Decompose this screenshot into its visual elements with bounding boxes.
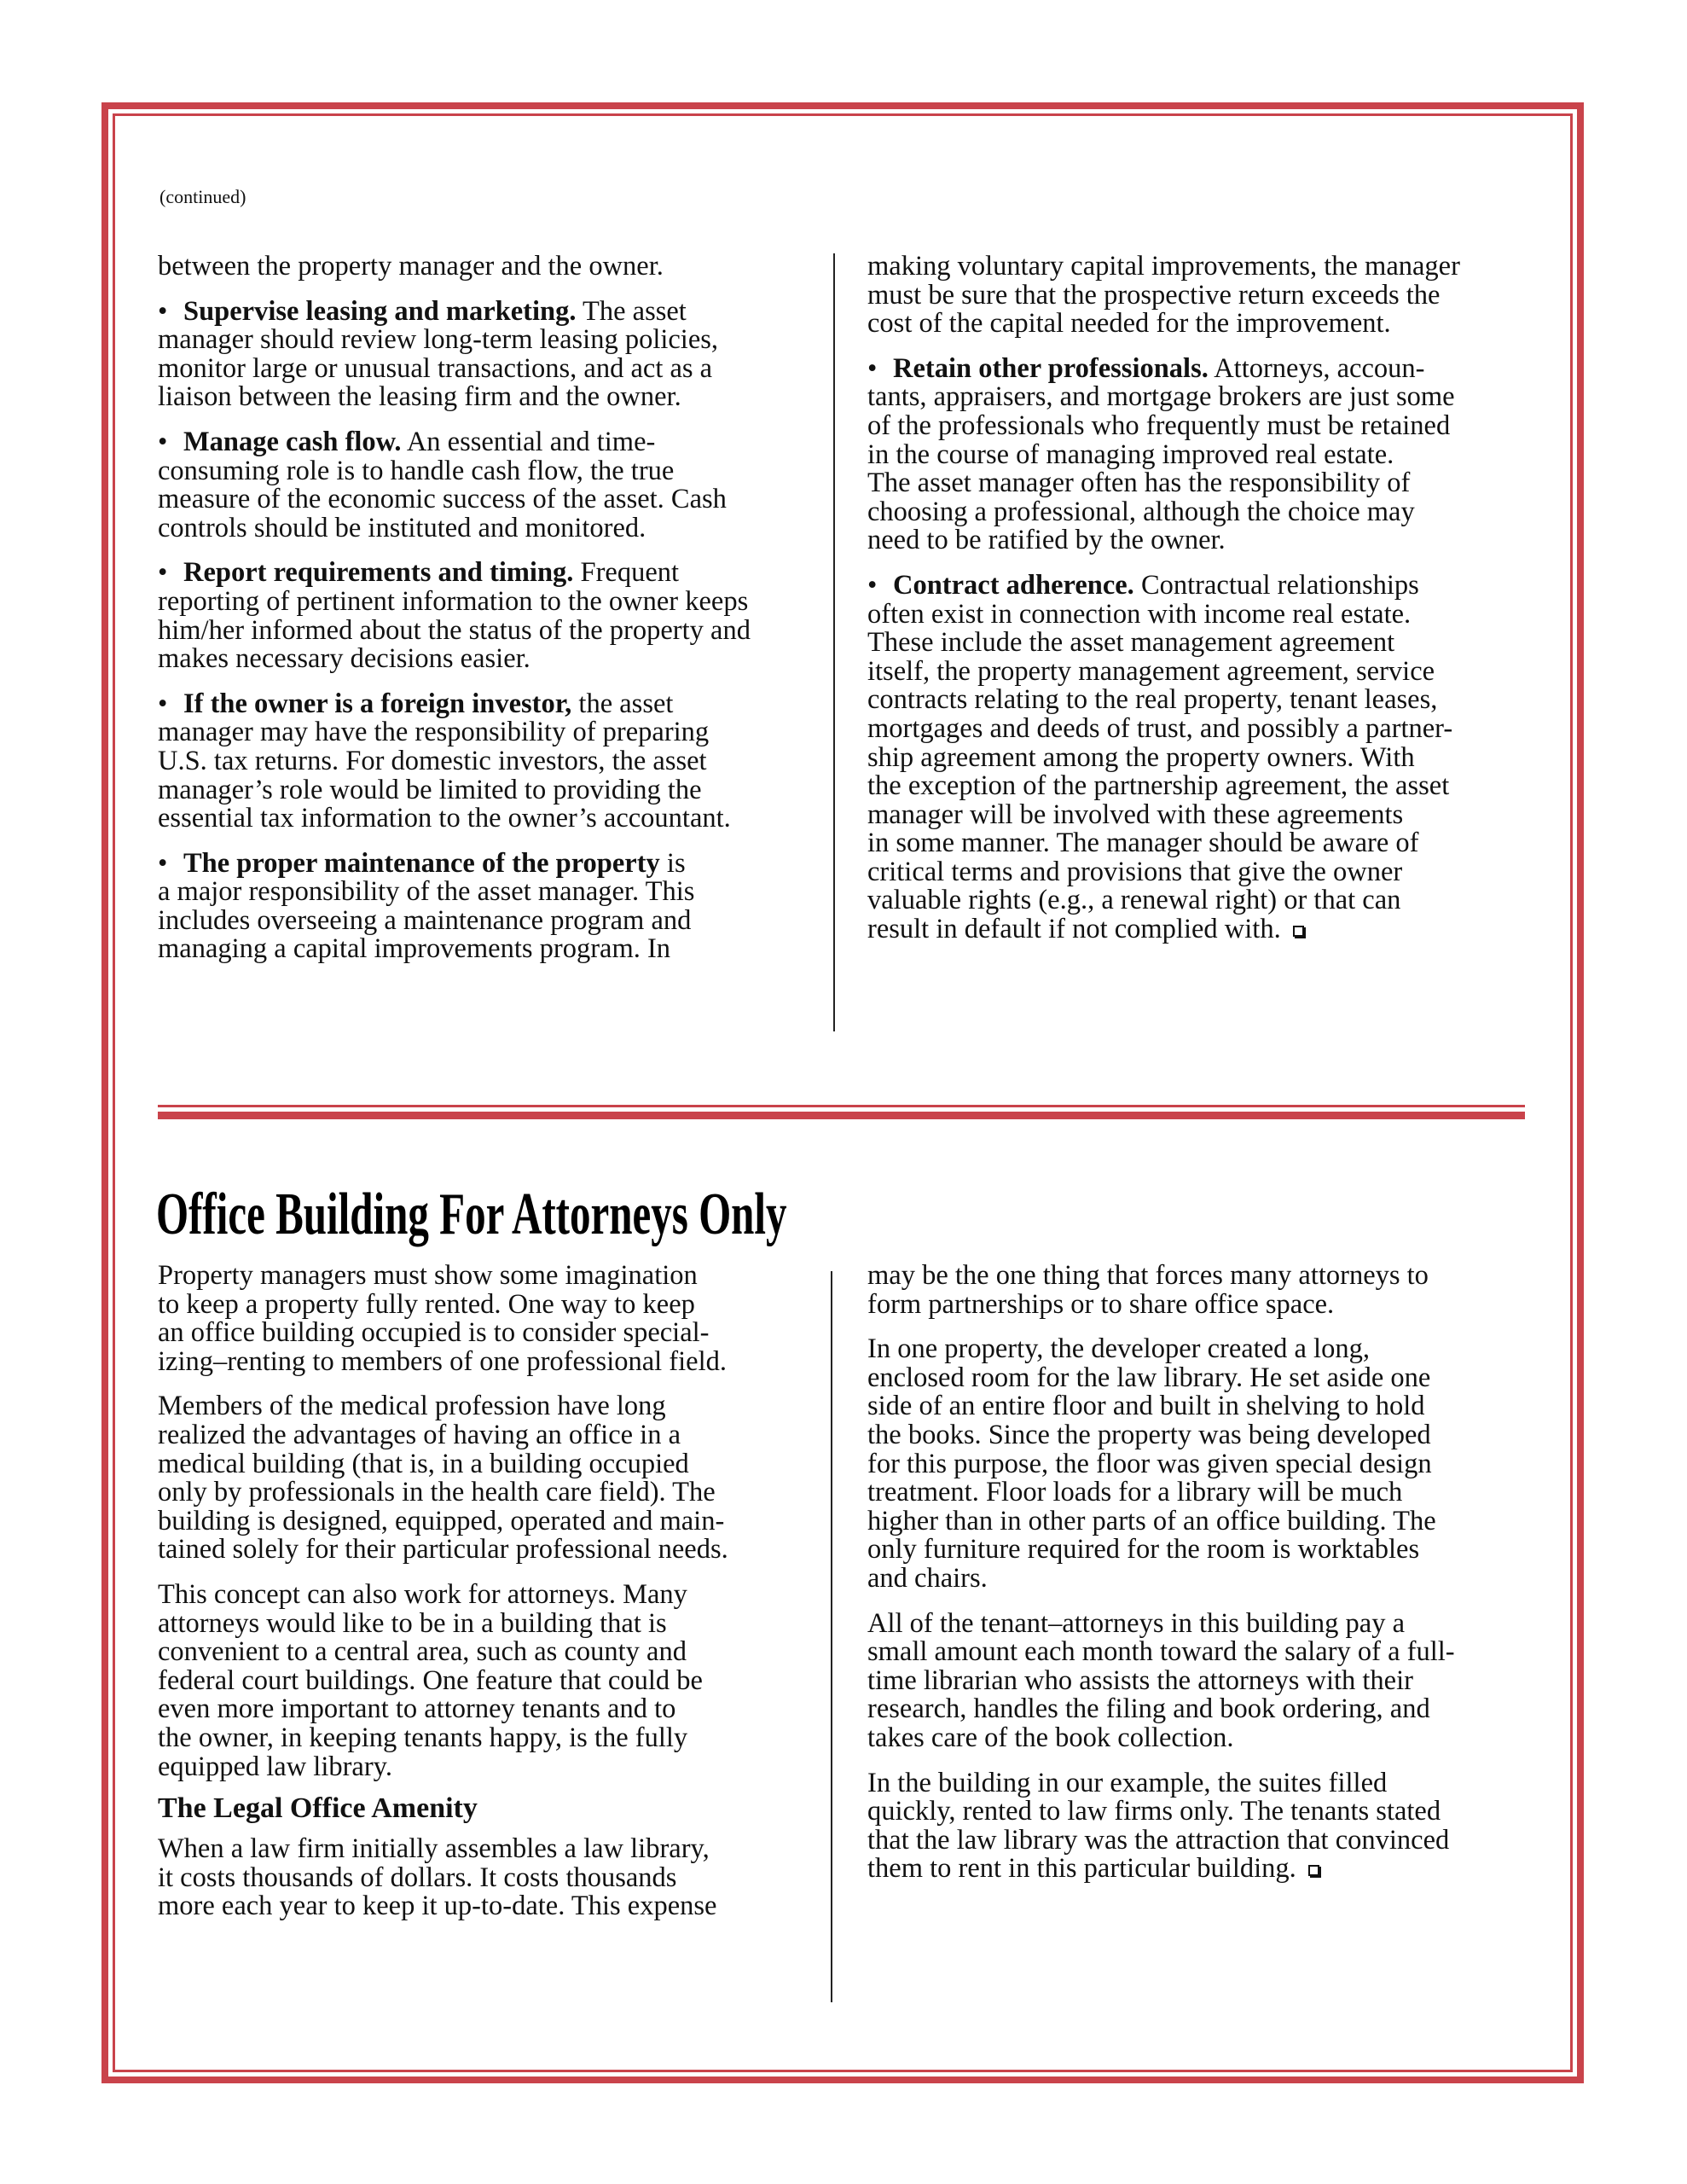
line-text: may be the one thing that forces many at… <box>867 1260 1429 1291</box>
line-text: These include the asset management agree… <box>867 627 1394 658</box>
paragraph: making voluntary capital improvements, t… <box>867 253 1460 339</box>
text-line: result in default if not complied with. <box>867 915 1460 944</box>
line-text: the exception of the partnership agreeme… <box>867 770 1449 801</box>
text-line: making voluntary capital improvements, t… <box>867 253 1460 282</box>
text-line: •Manage cash flow. An essential and time… <box>158 428 751 457</box>
text-line: mortgages and deeds of trust, and possib… <box>867 715 1460 744</box>
text-line: form partnerships or to share office spa… <box>867 1291 1455 1320</box>
text-line: choosing a professional, although the ch… <box>867 498 1460 527</box>
bullet-icon: • <box>867 355 893 384</box>
line-text: in the course of managing improved real … <box>867 439 1394 470</box>
section2-left-column: Property managers must show some imagina… <box>158 1262 728 1937</box>
text-line: ship agreement among the property owners… <box>867 744 1460 773</box>
text-line: even more important to attorney tenants … <box>158 1695 728 1724</box>
text-line: that the law library was the attraction … <box>867 1827 1455 1856</box>
paragraph: Property managers must show some imagina… <box>158 1262 728 1376</box>
line-text: that the law library was the attraction … <box>867 1825 1449 1856</box>
line-text: izing–renting to members of one professi… <box>158 1346 727 1377</box>
line-text: convenient to a central area, such as co… <box>158 1636 687 1667</box>
paragraph: Members of the medical profession have l… <box>158 1392 728 1565</box>
text-line: the owner, in keeping tenants happy, is … <box>158 1724 728 1753</box>
line-text: and chairs. <box>867 1563 988 1594</box>
line-text: makes necessary decisions easier. <box>158 643 530 674</box>
text-line: cost of the capital needed for the impro… <box>867 310 1460 339</box>
text-line: liaison between the leasing firm and the… <box>158 383 751 412</box>
section2-right-column: may be the one thing that forces many at… <box>867 1262 1455 1900</box>
line-text: side of an entire floor and built in she… <box>867 1391 1425 1421</box>
line-text: Frequent <box>573 557 679 588</box>
line-text: takes care of the book collection. <box>867 1722 1234 1753</box>
text-line: manager will be involved with these agre… <box>867 801 1460 830</box>
text-line: Property managers must show some imagina… <box>158 1262 728 1291</box>
text-line: The asset manager often has the responsi… <box>867 469 1460 498</box>
paragraph: In one property, the developer created a… <box>867 1335 1455 1593</box>
line-text: manager should review long-term leasing … <box>158 324 718 355</box>
section2-column-rule <box>831 1271 832 2002</box>
line-text: manager will be involved with these agre… <box>867 799 1403 830</box>
text-line: •Retain other professionals. Attorneys, … <box>867 355 1460 384</box>
line-text: tants, appraisers, and mortgage brokers … <box>867 381 1455 412</box>
text-line: federal court buildings. One feature tha… <box>158 1667 728 1696</box>
text-line: equipped law library. <box>158 1753 728 1782</box>
bullet-icon: • <box>158 559 183 588</box>
line-text: Members of the medical profession have l… <box>158 1391 666 1421</box>
line-text: form partnerships or to share office spa… <box>867 1289 1334 1320</box>
line-text: controls should be instituted and monito… <box>158 513 646 543</box>
text-line: the exception of the partnership agreeme… <box>867 772 1460 801</box>
paragraph: between the property manager and the own… <box>158 253 751 282</box>
line-text: building is designed, equipped, operated… <box>158 1506 724 1536</box>
line-text: itself, the property management agreemen… <box>867 656 1435 687</box>
text-line: for this purpose, the floor was given sp… <box>867 1450 1455 1479</box>
bold-lead-in: If the owner is a foreign investor, <box>183 688 571 719</box>
section1-right-column: making voluntary capital improvements, t… <box>867 253 1460 961</box>
line-text: attorneys would like to be in a building… <box>158 1608 667 1639</box>
bullet-icon: • <box>158 298 183 327</box>
bullet-paragraph: •Supervise leasing and marketing. The as… <box>158 298 751 412</box>
line-text: often exist in connection with income re… <box>867 599 1411 630</box>
text-line: only furniture required for the room is … <box>867 1536 1455 1565</box>
bullet-paragraph: •Manage cash flow. An essential and time… <box>158 428 751 543</box>
line-text: reporting of pertinent information to th… <box>158 586 748 617</box>
line-text: manager’s role would be limited to provi… <box>158 775 702 805</box>
line-text: the asset <box>571 688 673 719</box>
line-text: ship agreement among the property owners… <box>867 742 1415 773</box>
line-text: realized the advantages of having an off… <box>158 1420 681 1450</box>
text-line: •Supervise leasing and marketing. The as… <box>158 298 751 327</box>
paragraph: All of the tenant–attorneys in this buil… <box>867 1610 1455 1753</box>
text-line: tants, appraisers, and mortgage brokers … <box>867 383 1460 412</box>
line-text: tained solely for their particular profe… <box>158 1534 728 1565</box>
line-text: valuable rights (e.g., a renewal right) … <box>867 885 1400 915</box>
line-text: between the property manager and the own… <box>158 251 664 282</box>
line-text: measure of the economic success of the a… <box>158 484 727 514</box>
line-text: monitor large or unusual transactions, a… <box>158 353 712 384</box>
text-line: manager may have the responsibility of p… <box>158 718 751 747</box>
line-text: consuming role is to handle cash flow, t… <box>158 456 674 486</box>
bullet-icon: • <box>158 690 183 719</box>
line-text: must be sure that the prospective return… <box>867 280 1440 311</box>
text-line: a major responsibility of the asset mana… <box>158 878 751 907</box>
bullet-paragraph: •The proper maintenance of the property … <box>158 850 751 964</box>
line-text: even more important to attorney tenants … <box>158 1693 675 1724</box>
end-of-article-box-icon <box>1293 926 1304 937</box>
bold-lead-in: Contract adherence. <box>893 570 1134 601</box>
line-text: is <box>660 848 686 879</box>
text-line: side of an entire floor and built in she… <box>867 1392 1455 1421</box>
text-line: includes overseeing a maintenance progra… <box>158 907 751 936</box>
bullet-paragraph: •Retain other professionals. Attorneys, … <box>867 355 1460 555</box>
text-line: only by professionals in the health care… <box>158 1478 728 1507</box>
line-text: mortgages and deeds of trust, and possib… <box>867 713 1452 744</box>
line-text: When a law firm initially assembles a la… <box>158 1833 710 1864</box>
bold-lead-in: The proper maintenance of the property <box>183 848 660 879</box>
line-text: manager may have the responsibility of p… <box>158 717 709 747</box>
text-line: treatment. Floor loads for a library wil… <box>867 1478 1455 1507</box>
text-line: monitor large or unusual transactions, a… <box>158 355 751 384</box>
line-text: time librarian who assists the attorneys… <box>867 1665 1413 1696</box>
line-text: only furniture required for the room is … <box>867 1534 1419 1565</box>
text-line: itself, the property management agreemen… <box>867 658 1460 687</box>
line-text: him/her informed about the status of the… <box>158 615 751 646</box>
bold-lead-in: Report requirements and timing. <box>183 557 573 588</box>
line-text: In one property, the developer created a… <box>867 1333 1370 1364</box>
text-line: to keep a property fully rented. One way… <box>158 1291 728 1320</box>
line-text: quickly, rented to law firms only. The t… <box>867 1796 1441 1827</box>
line-text: Attorneys, accoun- <box>1209 353 1425 384</box>
line-text: for this purpose, the floor was given sp… <box>867 1449 1432 1479</box>
line-text: U.S. tax returns. For domestic investors… <box>158 746 707 776</box>
line-text: medical building (that is, in a building… <box>158 1449 689 1479</box>
subheading: The Legal Office Amenity <box>158 1792 728 1825</box>
text-line: measure of the economic success of the a… <box>158 485 751 514</box>
text-line: •Contract adherence. Contractual relatio… <box>867 572 1460 601</box>
paragraph: This concept can also work for attorneys… <box>158 1581 728 1781</box>
line-text: making voluntary capital improvements, t… <box>867 251 1460 282</box>
line-text: critical terms and provisions that give … <box>867 857 1402 887</box>
end-of-article-box-icon <box>1308 1865 1319 1876</box>
text-line: time librarian who assists the attorneys… <box>867 1667 1455 1696</box>
line-text: a major responsibility of the asset mana… <box>158 876 694 907</box>
text-line: Members of the medical profession have l… <box>158 1392 728 1421</box>
line-text: equipped law library. <box>158 1751 392 1782</box>
text-line: between the property manager and the own… <box>158 253 751 282</box>
text-line: manager should review long-term leasing … <box>158 326 751 355</box>
paragraph: may be the one thing that forces many at… <box>867 1262 1455 1319</box>
text-line: in the course of managing improved real … <box>867 441 1460 470</box>
article-headline: Office Building For Attorneys Only <box>156 1184 787 1246</box>
section-divider-thick-rule <box>158 1112 1525 1119</box>
line-text: higher than in other parts of an office … <box>867 1506 1436 1536</box>
section1-column-rule <box>833 253 835 1031</box>
text-line: managing a capital improvements program.… <box>158 935 751 964</box>
line-text: This concept can also work for attorneys… <box>158 1579 687 1610</box>
text-line: reporting of pertinent information to th… <box>158 588 751 617</box>
text-line: In one property, the developer created a… <box>867 1335 1455 1364</box>
text-line: it costs thousands of dollars. It costs … <box>158 1864 728 1893</box>
line-text: liaison between the leasing firm and the… <box>158 381 681 412</box>
line-text: Contractual relationships <box>1134 570 1419 601</box>
text-line: and chairs. <box>867 1565 1455 1594</box>
text-line: takes care of the book collection. <box>867 1724 1455 1753</box>
text-line: an office building occupied is to consid… <box>158 1319 728 1348</box>
text-line: contracts relating to the real property,… <box>867 686 1460 715</box>
text-line: •The proper maintenance of the property … <box>158 850 751 879</box>
line-text: cost of the capital needed for the impro… <box>867 308 1391 339</box>
section-divider-thin-rule <box>158 1105 1525 1107</box>
line-text: All of the tenant–attorneys in this buil… <box>867 1608 1405 1639</box>
line-text: result in default if not complied with. <box>867 914 1281 944</box>
line-text: enclosed room for the law library. He se… <box>867 1362 1430 1393</box>
text-line: enclosed room for the law library. He se… <box>867 1364 1455 1393</box>
line-text: Property managers must show some imagina… <box>158 1260 698 1291</box>
line-text: contracts relating to the real property,… <box>867 684 1437 715</box>
line-text: In the building in our example, the suit… <box>867 1768 1387 1798</box>
line-text: of the professionals who frequently must… <box>867 410 1450 441</box>
text-line: quickly, rented to law firms only. The t… <box>867 1798 1455 1827</box>
bullet-paragraph: •Report requirements and timing. Frequen… <box>158 559 751 673</box>
line-text: research, handles the filing and book or… <box>867 1693 1430 1724</box>
bullet-paragraph: •Contract adherence. Contractual relatio… <box>867 572 1460 944</box>
text-line: •Report requirements and timing. Frequen… <box>158 559 751 588</box>
bold-lead-in: Manage cash flow. <box>183 427 401 457</box>
text-line: In the building in our example, the suit… <box>867 1769 1455 1798</box>
line-text: treatment. Floor loads for a library wil… <box>867 1477 1402 1507</box>
text-line: makes necessary decisions easier. <box>158 645 751 674</box>
line-text: small amount each month toward the salar… <box>867 1636 1455 1667</box>
continued-label: (continued) <box>159 185 246 209</box>
text-line: •If the owner is a foreign investor, the… <box>158 690 751 719</box>
text-line: izing–renting to members of one professi… <box>158 1348 728 1377</box>
line-text: in some manner. The manager should be aw… <box>867 828 1418 858</box>
section1-left-column: between the property manager and the own… <box>158 253 751 980</box>
bullet-paragraph: •If the owner is a foreign investor, the… <box>158 690 751 834</box>
text-line: small amount each month toward the salar… <box>867 1638 1455 1667</box>
text-line: valuable rights (e.g., a renewal right) … <box>867 886 1460 915</box>
line-text: the books. Since the property was being … <box>867 1420 1431 1450</box>
text-line: them to rent in this particular building… <box>867 1855 1455 1884</box>
line-text: need to be ratified by the owner. <box>867 525 1226 555</box>
text-line: more each year to keep it up-to-date. Th… <box>158 1892 728 1921</box>
text-line: medical building (that is, in a building… <box>158 1450 728 1479</box>
line-text: includes overseeing a maintenance progra… <box>158 905 691 936</box>
paragraph: In the building in our example, the suit… <box>867 1769 1455 1884</box>
line-text: federal court buildings. One feature tha… <box>158 1665 703 1696</box>
line-text: managing a capital improvements program.… <box>158 933 670 964</box>
line-text: to keep a property fully rented. One way… <box>158 1289 695 1320</box>
line-text: an office building occupied is to consid… <box>158 1317 710 1348</box>
line-text: the owner, in keeping tenants happy, is … <box>158 1722 687 1753</box>
bullet-icon: • <box>158 850 183 879</box>
text-line: often exist in connection with income re… <box>867 601 1460 630</box>
text-line: need to be ratified by the owner. <box>867 526 1460 555</box>
text-line: higher than in other parts of an office … <box>867 1507 1455 1536</box>
bold-lead-in: Supervise leasing and marketing. <box>183 296 576 327</box>
text-line: This concept can also work for attorneys… <box>158 1581 728 1610</box>
text-line: convenient to a central area, such as co… <box>158 1638 728 1667</box>
line-text: only by professionals in the health care… <box>158 1477 716 1507</box>
text-line: may be the one thing that forces many at… <box>867 1262 1455 1291</box>
text-line: manager’s role would be limited to provi… <box>158 776 751 805</box>
paragraph: When a law firm initially assembles a la… <box>158 1835 728 1921</box>
line-text: The asset manager often has the responsi… <box>867 468 1410 498</box>
text-line: critical terms and provisions that give … <box>867 858 1460 887</box>
bullet-icon: • <box>867 572 893 601</box>
text-line: All of the tenant–attorneys in this buil… <box>867 1610 1455 1639</box>
line-text: An essential and time- <box>401 427 655 457</box>
text-line: realized the advantages of having an off… <box>158 1421 728 1450</box>
text-line: must be sure that the prospective return… <box>867 282 1460 311</box>
line-text: them to rent in this particular building… <box>867 1853 1296 1884</box>
line-text: The asset <box>576 296 686 327</box>
text-line: controls should be instituted and monito… <box>158 514 751 543</box>
text-line: in some manner. The manager should be aw… <box>867 829 1460 858</box>
text-line: of the professionals who frequently must… <box>867 412 1460 441</box>
line-text: more each year to keep it up-to-date. Th… <box>158 1891 716 1921</box>
line-text: choosing a professional, although the ch… <box>867 497 1415 527</box>
text-line: When a law firm initially assembles a la… <box>158 1835 728 1864</box>
text-line: attorneys would like to be in a building… <box>158 1610 728 1639</box>
bold-lead-in: Retain other professionals. <box>893 353 1209 384</box>
text-line: consuming role is to handle cash flow, t… <box>158 457 751 486</box>
text-line: building is designed, equipped, operated… <box>158 1507 728 1536</box>
text-line: U.S. tax returns. For domestic investors… <box>158 747 751 776</box>
text-line: These include the asset management agree… <box>867 629 1460 658</box>
text-line: research, handles the filing and book or… <box>867 1695 1455 1724</box>
line-text: it costs thousands of dollars. It costs … <box>158 1862 676 1893</box>
bullet-icon: • <box>158 428 183 457</box>
text-line: essential tax information to the owner’s… <box>158 804 751 834</box>
text-line: him/her informed about the status of the… <box>158 617 751 646</box>
text-line: the books. Since the property was being … <box>867 1421 1455 1450</box>
text-line: tained solely for their particular profe… <box>158 1536 728 1565</box>
line-text: essential tax information to the owner’s… <box>158 803 731 834</box>
